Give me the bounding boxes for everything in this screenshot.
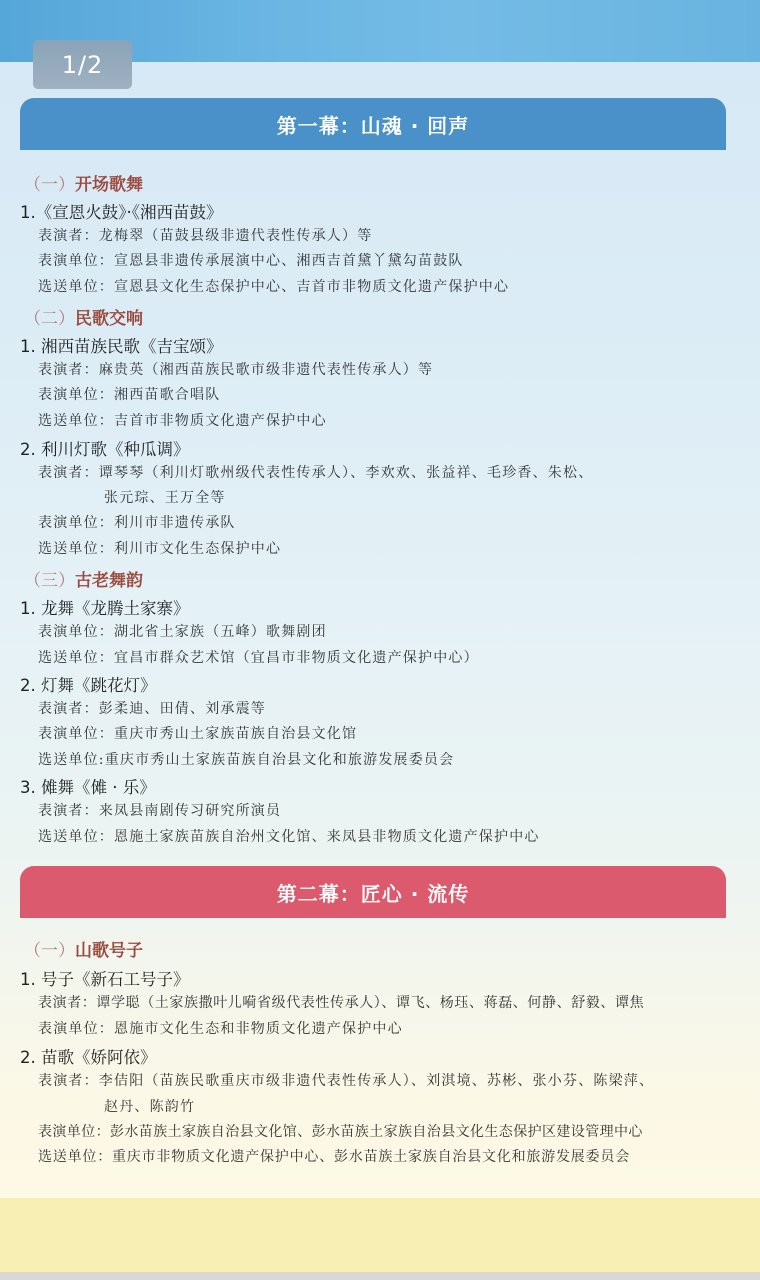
section-number: （一） bbox=[24, 941, 75, 961]
program-item-title: 1. 龙舞《龙腾土家寨》 bbox=[20, 595, 190, 619]
performing-unit-line: 表演单位：利川市非遗传承队 bbox=[38, 512, 236, 532]
program-item-title: 1. 号子《新石工号子》 bbox=[20, 966, 190, 990]
program-item-title: 3. 傩舞《傩 · 乐》 bbox=[20, 774, 156, 798]
performer-line-continued: 张元琮、王万全等 bbox=[104, 487, 226, 507]
program-item-title: 2. 利川灯歌《种瓜调》 bbox=[20, 436, 190, 460]
submitting-unit-line: 选送单位：宣恩县文化生态保护中心、吉首市非物质文化遗产保护中心 bbox=[38, 276, 509, 296]
footer-decoration bbox=[0, 1198, 760, 1272]
program-item-title: 2. 苗歌《娇阿依》 bbox=[20, 1044, 157, 1068]
program-item-title: 2. 灯舞《跳花灯》 bbox=[20, 672, 157, 696]
performing-unit-line: 表演单位：彭水苗族土家族自治县文化馆、彭水苗族土家族自治县文化生态保护区建设管理… bbox=[38, 1121, 643, 1141]
submitting-unit-line: 选送单位：重庆市非物质文化遗产保护中心、彭水苗族土家族自治县文化和旅游发展委员会 bbox=[38, 1146, 630, 1166]
page-indicator: 1/2 bbox=[33, 40, 132, 89]
submitting-unit-line: 选送单位:重庆市秀山土家族苗族自治县文化和旅游发展委员会 bbox=[38, 749, 454, 769]
performing-unit-line: 表演单位：宣恩县非遗传承展演中心、湘西吉首黛丫黛勾苗鼓队 bbox=[38, 250, 464, 270]
section-title: （一）山歌号子 bbox=[24, 936, 143, 961]
section-title: （二）民歌交响 bbox=[24, 304, 143, 329]
performer-line: 表演者：龙梅翠（苗鼓县级非遗代表性传承人）等 bbox=[38, 225, 372, 245]
section-label: 山歌号子 bbox=[75, 941, 143, 961]
performing-unit-line: 表演单位：重庆市秀山土家族苗族自治县文化馆 bbox=[38, 723, 357, 743]
section-label: 古老舞韵 bbox=[75, 571, 143, 591]
performer-line: 表演者：谭学聪（土家族撒叶儿嗬省级代表性传承人）、谭飞、杨珏、蒋磊、何静、舒毅、… bbox=[38, 992, 644, 1012]
submitting-unit-line: 选送单位：宜昌市群众艺术馆（宜昌市非物质文化遗产保护中心） bbox=[38, 647, 479, 667]
submitting-unit-line: 选送单位：利川市文化生态保护中心 bbox=[38, 538, 281, 558]
section-title: （三）古老舞韵 bbox=[24, 566, 143, 591]
section-label: 民歌交响 bbox=[75, 309, 143, 329]
bottom-divider bbox=[0, 1272, 760, 1280]
performing-unit-line: 表演单位：湘西苗歌合唱队 bbox=[38, 384, 220, 404]
act-2-header: 第二幕：匠心 · 流传 bbox=[20, 866, 726, 918]
performer-line: 表演者：麻贵英（湘西苗族民歌市级非遗代表性传承人）等 bbox=[38, 359, 433, 379]
section-number: （二） bbox=[24, 309, 75, 329]
performing-unit-line: 表演单位：恩施市文化生态和非物质文化遗产保护中心 bbox=[38, 1018, 403, 1038]
performer-line-continued: 赵丹、陈韵竹 bbox=[104, 1096, 195, 1116]
submitting-unit-line: 选送单位：吉首市非物质文化遗产保护中心 bbox=[38, 410, 327, 430]
section-title: （一）开场歌舞 bbox=[24, 170, 143, 195]
program-item-title: 1.《宣恩火鼓》·《湘西苗鼓》 bbox=[20, 199, 223, 223]
section-label: 开场歌舞 bbox=[75, 175, 143, 195]
performer-line: 表演者：来凤县南剧传习研究所演员 bbox=[38, 800, 281, 820]
submitting-unit-line: 选送单位：恩施土家族苗族自治州文化馆、来凤县非物质文化遗产保护中心 bbox=[38, 826, 540, 846]
performer-line: 表演者：彭柔迪、田倩、刘承震等 bbox=[38, 698, 266, 718]
act-1-header: 第一幕：山魂 · 回声 bbox=[20, 98, 726, 150]
performer-line: 表演者：李佶阳（苗族民歌重庆市级非遗代表性传承人）、刘淇境、苏彬、张小芬、陈梁萍… bbox=[38, 1070, 654, 1090]
section-number: （一） bbox=[24, 175, 75, 195]
performing-unit-line: 表演单位：湖北省土家族（五峰）歌舞剧团 bbox=[38, 621, 327, 641]
program-item-title: 1. 湘西苗族民歌《吉宝颂》 bbox=[20, 333, 223, 357]
section-number: （三） bbox=[24, 571, 75, 591]
performer-line: 表演者：谭琴琴（利川灯歌州级代表性传承人）、李欢欢、张益祥、毛珍香、朱松、 bbox=[38, 462, 593, 482]
